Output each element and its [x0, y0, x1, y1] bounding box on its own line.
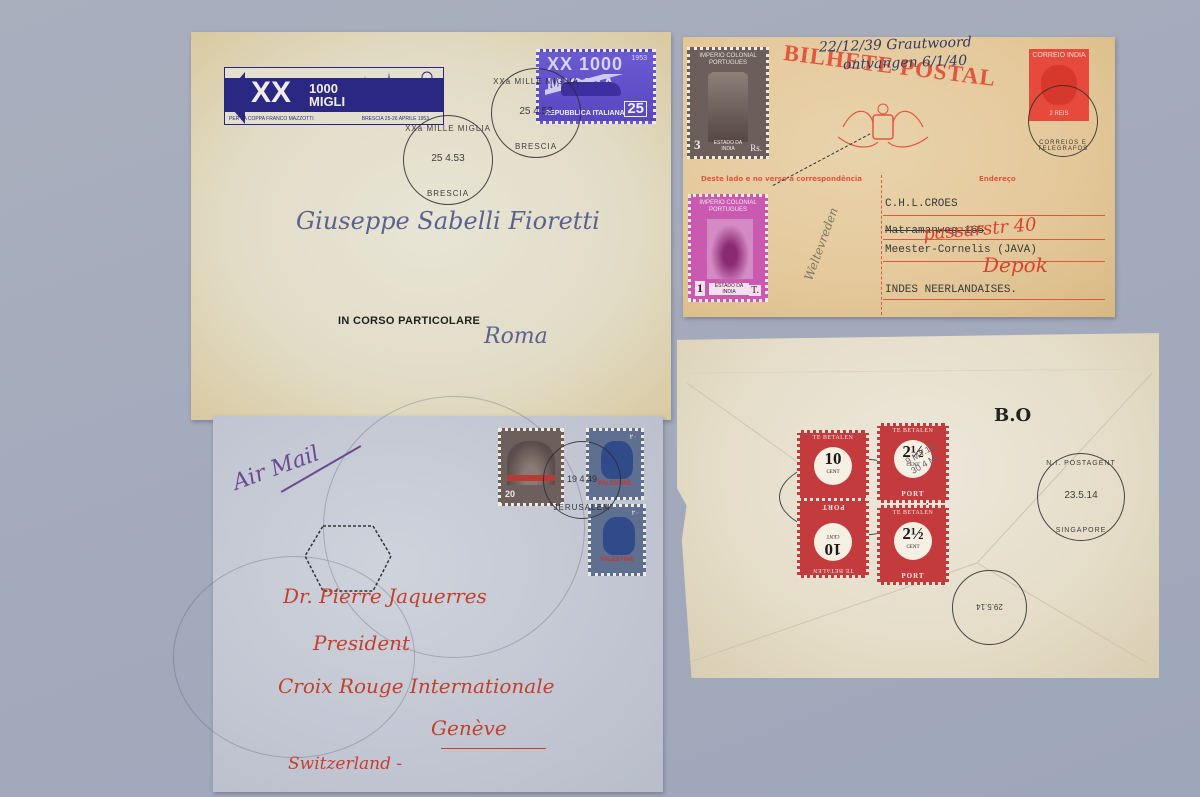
- horseman-figure-icon: [707, 219, 753, 279]
- address-line-4: Genève: [431, 716, 507, 740]
- airmail-label: Air Mail: [229, 441, 322, 495]
- cover-mille-miglia: XX 1000 MIGLIA PER LA COPPA FRANCO MAZZO…: [191, 32, 671, 420]
- address-city: Roma: [484, 324, 548, 349]
- cover-netherlands-indies-back: 30.5.14 TE BETALEN 10 CENT PORT TE BETAL…: [677, 333, 1159, 678]
- address-line-2: President: [313, 631, 410, 655]
- postmark-singapore: N.I. POSTAGENT 23.5.14 SINGAPORE: [1037, 453, 1125, 541]
- cover-palestine-airmail: Air Mail 20 ٢٠ PALESTINE ٢٠ PALESTINE 19…: [213, 416, 663, 792]
- address-label: Endereço: [979, 175, 1016, 183]
- stamp-portuguese-india-3rs: IMPERIO COLONIAL PORTUGUES 3 ESTADO DA I…: [687, 47, 769, 159]
- mille-miglia-vignette: XX 1000 MIGLIA PER LA COPPA FRANCO MAZZO…: [224, 67, 444, 125]
- cover-bilhete-postal: BILHETE POSTAL 22/12/39 Grautwoord ontva…: [683, 37, 1115, 317]
- postage-due-stamp-inverted: TE BETALEN 10 CENT PORT: [797, 498, 869, 578]
- address-line-1: Dr. Pierre Jaquerres: [283, 584, 487, 608]
- portuguese-crest-icon: [833, 97, 933, 157]
- explorer-figure-icon: [708, 72, 748, 142]
- pencil-note: Weltevreden: [802, 206, 841, 283]
- portrait-icon: [603, 517, 635, 555]
- address-underline: [441, 748, 546, 749]
- addressee-country: INDES NEERLANDAISES.: [885, 284, 1017, 296]
- postmark-backstamp: 29.5.14: [952, 570, 1027, 645]
- address-line-5: Switzerland -: [288, 754, 402, 774]
- vignette-xx: XX: [251, 78, 291, 108]
- postmark-brescia-on-stamp: XXa MILLE MIGLIA 25 4.53 BRESCIA: [491, 68, 581, 158]
- redirect-street: passarstr 40: [922, 214, 1037, 245]
- redirect-city: Depok: [983, 253, 1048, 277]
- address-line-3: Croix Rouge Internationale: [278, 674, 554, 698]
- city-skyline-icon: [345, 68, 443, 112]
- handstamp-corso-particolare: IN CORSO PARTICOLARE: [338, 315, 480, 327]
- address-name: Giuseppe Sabelli Fioretti: [296, 207, 600, 235]
- postmark-correios-telegrafos: CORREIOS E TELEGRAFOS: [1028, 85, 1098, 157]
- divider-line: [881, 175, 882, 315]
- manuscript-mark: B.O: [994, 405, 1031, 426]
- postmark-brescia: XXa MILLE MIGLIA 25 4.53 BRESCIA: [403, 115, 493, 205]
- stamp-portuguese-india-1t: IMPERIO COLONIAL PORTUGUES 1 ESTADO DA I…: [688, 194, 768, 302]
- addressee-name: C.H.L.CROES: [885, 198, 958, 210]
- postage-due-stamp: TE BETALEN 2½ CENT PORT: [877, 505, 949, 585]
- postmark-jerusalem: 19 4 49 JERUSALEM: [543, 441, 621, 519]
